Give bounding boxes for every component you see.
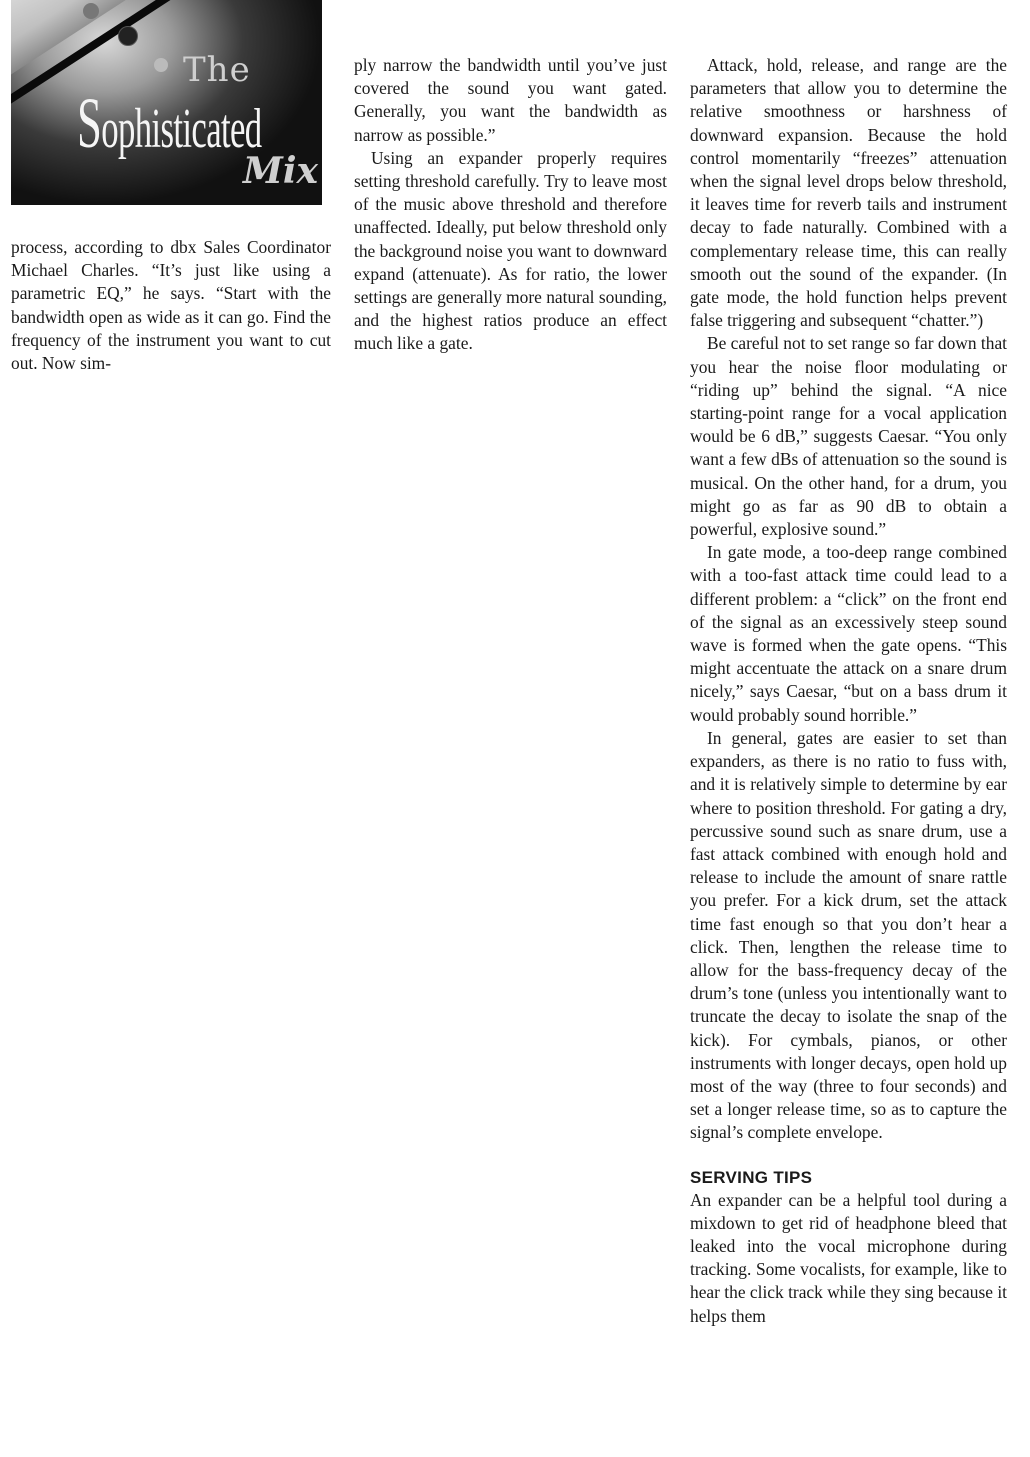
- logo-initial: S: [77, 83, 101, 163]
- paragraph: ply narrow the bandwidth until you’ve ju…: [354, 54, 667, 147]
- knob-icon: [154, 58, 168, 72]
- logo-word-sophisticated: Sophisticated: [77, 93, 262, 159]
- knob-icon: [118, 26, 138, 46]
- knob-icon: [83, 3, 99, 19]
- paragraph: An expander can be a helpful tool during…: [690, 1189, 1007, 1328]
- column-logo-image: The Sophisticated Mix: [11, 0, 322, 205]
- article-column-3: Attack, hold, release, and range are the…: [690, 54, 1007, 1328]
- article-column-1: process, according to dbx Sales Coordina…: [11, 236, 331, 375]
- paragraph: Be careful not to set range so far down …: [690, 332, 1007, 541]
- paragraph: Using an expander properly requires sett…: [354, 147, 667, 356]
- section-subhead: SERVING TIPS: [690, 1167, 1007, 1189]
- paragraph: In general, gates are easier to set than…: [690, 727, 1007, 1145]
- paragraph: process, according to dbx Sales Coordina…: [11, 236, 331, 375]
- paragraph: Attack, hold, release, and range are the…: [690, 54, 1007, 332]
- paragraph: In gate mode, a too-deep range combined …: [690, 541, 1007, 727]
- logo-word-the: The: [183, 50, 251, 90]
- logo-word-mix: Mix: [243, 150, 318, 192]
- logo-word-rest: ophisticated: [101, 98, 261, 160]
- article-column-2: ply narrow the bandwidth until you’ve ju…: [354, 54, 667, 356]
